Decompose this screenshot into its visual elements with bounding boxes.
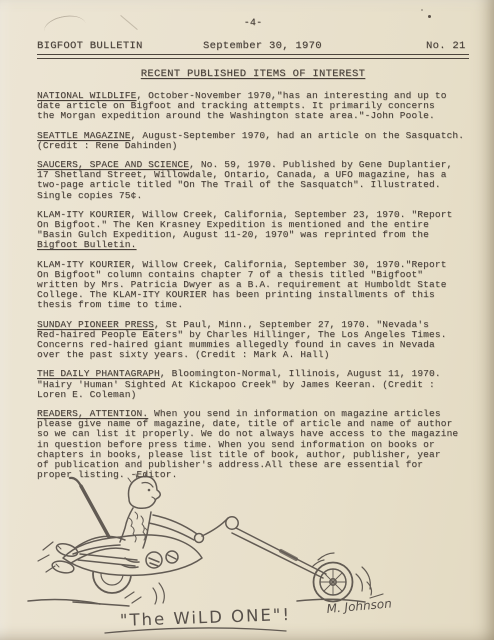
article-paragraph: SUNDAY PIONEER PRESS, St Paul, Minn., Se… xyxy=(37,320,469,361)
masthead-rule-bottom xyxy=(37,58,469,59)
article-paragraph: KLAM-ITY KOURIER, Willow Creek, Californ… xyxy=(37,210,469,251)
text-line: the Morgan expedition around the Washing… xyxy=(37,111,469,121)
text-line: Bigfoot Bulletin. xyxy=(37,240,469,250)
masthead-rule-top xyxy=(37,54,469,55)
article-paragraph: SAUCERS, SPACE AND SCIENCE, No. 59, 1970… xyxy=(37,160,469,201)
article-paragraph: SEATTLE MAGAZINE, August-September 1970,… xyxy=(37,131,469,151)
masthead: BIGFOOT BULLETIN September 30, 1970 No. … xyxy=(37,40,469,53)
ink-speck xyxy=(421,9,423,11)
bigfoot-chopper-cartoon: "The WiLD ONE"! M. Johnson xyxy=(25,470,465,640)
newsletter-page: -4- BIGFOOT BULLETIN September 30, 1970 … xyxy=(37,18,469,490)
text-line: thesis from time to time. xyxy=(37,300,469,310)
masthead-date: September 30, 1970 xyxy=(203,40,322,52)
section-title: RECENT PUBLISHED ITEMS OF INTEREST xyxy=(37,68,469,80)
text-line: Loren E. Coleman) xyxy=(37,390,469,400)
masthead-title: BIGFOOT BULLETIN xyxy=(37,40,143,52)
text-line: Single copies 75¢. xyxy=(37,191,469,201)
text-line: (Credit : Rene Dahinden) xyxy=(37,141,469,151)
masthead-issue: No. 21 xyxy=(426,40,466,52)
article-paragraph: NATIONAL WILDLIFE, October-November 1970… xyxy=(37,91,469,122)
page-number: -4- xyxy=(37,18,469,29)
article-paragraph: THE DAILY PHANTAGRAPH, Bloomington-Norma… xyxy=(37,369,469,400)
paragraphs: NATIONAL WILDLIFE, October-November 1970… xyxy=(37,91,469,481)
cartoon-caption: "The WiLD ONE"! xyxy=(120,605,292,630)
article-paragraph: KLAM-ITY KOURIER, Willow Creek, Californ… xyxy=(37,260,469,311)
text-line: over the past sixty years. (Credit : Mar… xyxy=(37,350,469,360)
